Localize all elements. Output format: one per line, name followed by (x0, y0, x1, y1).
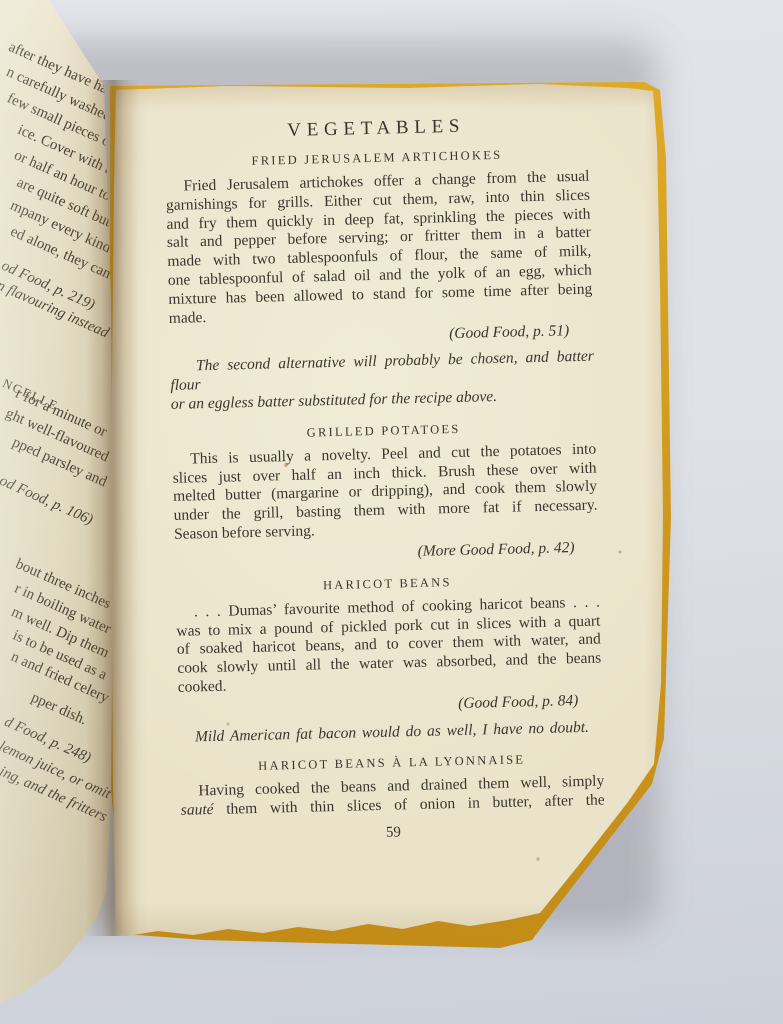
left-page-text-fragment: or half an hour to (0, 66, 114, 206)
left-page-text-fragment: ght well-flavoured (0, 327, 112, 467)
page-number: 59 (181, 819, 605, 848)
left-page-text-fragment: ed alone, they can (0, 144, 114, 284)
book-photo-scene: after they have had n carefully washed. … (0, 0, 783, 1024)
section-heading: HARICOT BEANS (175, 571, 599, 596)
left-page-text-fragment: r for a minute or (0, 302, 110, 442)
left-page-text-fragment: bout three inches (0, 474, 114, 614)
commentary-line: Mild American fat bacon would do as well… (195, 718, 589, 747)
right-book-page: VEGETABLES FRIED JERUSALEM ARTICHOKES Fr… (108, 84, 668, 936)
left-page-citation-fragment: d Food, p. 248) (0, 628, 94, 768)
left-page-citation-fragment: od Food, p. 106) (0, 390, 96, 530)
section-heading: FRIED JERUSALEM ARTICHOKES (165, 146, 589, 171)
left-page-text-fragment: pper dish. (0, 590, 90, 730)
left-page-text-fragment: n and fried celery (0, 568, 112, 708)
section-heading: GRILLED POTATOES (171, 418, 595, 443)
section-heading: HARICOT BEANS À LA LYONNAISE (180, 750, 604, 775)
left-page-text-fragment: is to be used as a (0, 545, 110, 685)
left-page-text-fragment: lemon juice, or omit (0, 664, 114, 804)
left-page-text-fragment: mpany every kind (0, 118, 114, 258)
page-title: VEGETABLES (164, 112, 588, 146)
left-page-heading-fragment: NGELLE (0, 276, 62, 416)
left-page-text-fragment: pped parsley and (0, 352, 110, 492)
left-page-text-fragment: on flavouring instead (0, 203, 112, 343)
left-page-text-fragment: are quite soft but (0, 92, 114, 232)
left-page-text-fragment: few small pieces of (0, 14, 118, 154)
left-page-text-fragment: r in boiling water (0, 499, 114, 639)
italic-word: sauté (181, 801, 214, 819)
left-page-text-fragment: ing, and the fritters (0, 687, 110, 827)
left-page-citation-fragment: od Food, p. 219) (0, 175, 98, 315)
left-page-text-fragment: m well. Dip them (0, 523, 112, 663)
page-text-block: VEGETABLES FRIED JERUSALEM ARTICHOKES Fr… (164, 112, 606, 848)
